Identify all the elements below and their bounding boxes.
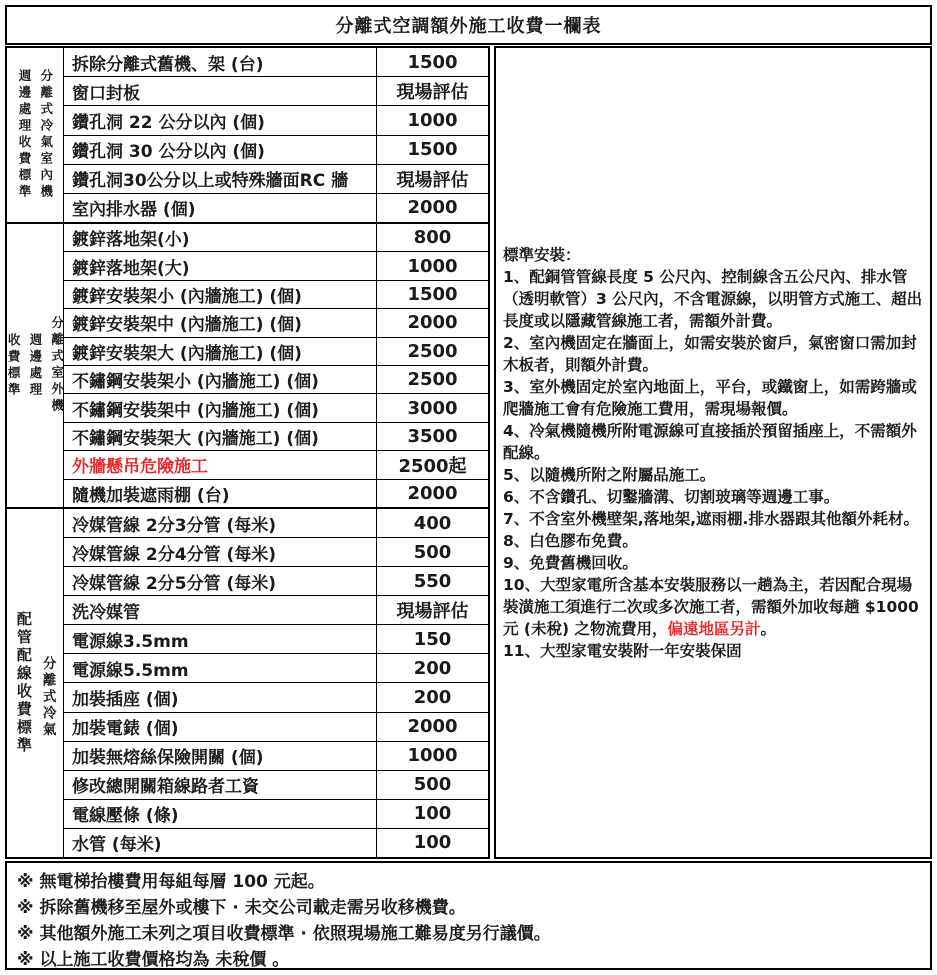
table-row: 洗冷媒管現場評估 <box>64 595 488 624</box>
table-row: 冷媒管線 2分4分管 (每米)500 <box>64 537 488 566</box>
item-label: 洗冷媒管 <box>64 596 377 624</box>
item-price: 2000 <box>377 194 488 222</box>
item-label: 不鏽鋼安裝架中 (內牆施工) (個) <box>64 394 377 421</box>
section-label-column: 分離式冷氣室內機 <box>39 69 53 201</box>
section-outdoor-unit: 收費標準週邊處理分離式室外機 鍍鋅落地架(小)800鍍鋅落地架(大)1000鍍鋅… <box>5 222 490 509</box>
table-row: 鑽孔洞 22 公分以內 (個)1000 <box>64 105 488 134</box>
item-price: 1500 <box>377 48 488 76</box>
item-price: 500 <box>377 538 488 566</box>
table-row: 鍍鋅落地架(大)1000 <box>64 251 488 279</box>
item-label: 電源線5.5mm <box>64 654 377 682</box>
item-price: 3500 <box>377 423 488 450</box>
section-label-column: 配管配線收費標準 <box>15 611 32 755</box>
item-label: 鍍鋅落地架(小) <box>64 224 377 251</box>
item-label: 冷媒管線 2分4分管 (每米) <box>64 538 377 566</box>
fee-sheet: 分離式空調額外施工收費一欄表 週邊處理收費標準分離式冷氣室內機 拆除分離式舊機、… <box>0 0 937 975</box>
item-price: 400 <box>377 509 488 537</box>
note-item: 8、白色膠布免費。 <box>503 530 926 552</box>
item-price: 2000 <box>377 480 488 507</box>
note-item: 10、大型家電所含基本安裝服務以一趟為主，若因配合現場裝潢施工須進行二次或多次施… <box>503 574 926 640</box>
item-price: 3000 <box>377 394 488 421</box>
item-price: 2500起 <box>377 451 488 478</box>
table-row: 室內排水器 (個)2000 <box>64 193 488 222</box>
table-row: 水管 (每米)100 <box>64 828 488 857</box>
table-row: 加裝插座 (個)200 <box>64 682 488 711</box>
table-row: 電源線5.5mm200 <box>64 653 488 682</box>
footnote: ※ 其他額外施工未列之項目收費標準 · 依照現場施工難易度另行議價。 <box>17 921 930 947</box>
item-label: 加裝無熔絲保險開關 (個) <box>64 742 377 770</box>
item-label: 電線壓條 (條) <box>64 800 377 828</box>
table-row: 冷媒管線 2分3分管 (每米)400 <box>64 509 488 537</box>
table-row: 鍍鋅安裝架大 (內牆施工) (個)2500 <box>64 337 488 365</box>
item-label: 室內排水器 (個) <box>64 194 377 222</box>
table-row: 鍍鋅安裝架中 (內牆施工) (個)2000 <box>64 308 488 336</box>
footnote: ※ 拆除舊機移至屋外或樓下 · 未交公司載走需另收移機費。 <box>17 895 930 921</box>
section-label-piping: 配管配線收費標準分離式冷氣 <box>7 509 64 857</box>
item-price: 2500 <box>377 366 488 393</box>
notes-heading: 標準安裝： <box>503 244 926 266</box>
item-label: 鍍鋅安裝架大 (內牆施工) (個) <box>64 338 377 365</box>
table-row: 不鏽鋼安裝架小 (內牆施工) (個)2500 <box>64 365 488 393</box>
table-row: 隨機加裝遮雨棚 (台)2000 <box>64 479 488 507</box>
table-row: 不鏽鋼安裝架中 (內牆施工) (個)3000 <box>64 393 488 421</box>
note-red-text: 偏遠地區另計 <box>667 620 760 638</box>
item-label: 不鏽鋼安裝架小 (內牆施工) (個) <box>64 366 377 393</box>
section-rows-indoor: 拆除分離式舊機、架 (台)1500窗口封板現場評估鑽孔洞 22 公分以內 (個)… <box>64 48 488 222</box>
section-label-column: 收費標準 <box>6 333 20 399</box>
item-price: 200 <box>377 654 488 682</box>
note-item: 6、不含鑽孔、切鑿牆溝、切割玻璃等週邊工事。 <box>503 486 926 508</box>
item-label: 冷媒管線 2分5分管 (每米) <box>64 567 377 595</box>
item-label: 鍍鋅安裝架小 (內牆施工) (個) <box>64 281 377 308</box>
item-label: 不鏽鋼安裝架大 (內牆施工) (個) <box>64 423 377 450</box>
item-label: 鑽孔洞30公分以上或特殊牆面RC 牆 <box>64 165 377 193</box>
note-item: 3、室外機固定於室內地面上，平台，或鐵窗上，如需跨牆或爬牆施工會有危險施工費用，… <box>503 376 926 420</box>
section-piping-wiring: 配管配線收費標準分離式冷氣 冷媒管線 2分3分管 (每米)400冷媒管線 2分4… <box>5 507 490 859</box>
item-price: 1500 <box>377 136 488 164</box>
table-row: 鑽孔洞 30 公分以內 (個)1500 <box>64 135 488 164</box>
item-price: 現場評估 <box>377 77 488 105</box>
fee-tables: 週邊處理收費標準分離式冷氣室內機 拆除分離式舊機、架 (台)1500窗口封板現場… <box>5 46 490 859</box>
table-row: 電源線3.5mm150 <box>64 624 488 653</box>
item-label: 電源線3.5mm <box>64 625 377 653</box>
item-price: 1000 <box>377 252 488 279</box>
item-price: 550 <box>377 567 488 595</box>
item-label: 加裝電錶 (個) <box>64 713 377 741</box>
standard-install-notes: 標準安裝： 1、配銅管管線長度 5 公尺內、控制線含五公尺內、排水管（透明軟管）… <box>494 46 932 859</box>
section-label-column: 分離式室外機 <box>50 316 64 415</box>
item-price: 1000 <box>377 106 488 134</box>
item-label: 水管 (每米) <box>64 829 377 857</box>
item-price: 500 <box>377 771 488 799</box>
note-item: 5、以隨機所附之附屬品施工。 <box>503 464 926 486</box>
table-row: 修改總開關箱線路者工資500 <box>64 770 488 799</box>
item-price: 150 <box>377 625 488 653</box>
section-indoor-unit: 週邊處理收費標準分離式冷氣室內機 拆除分離式舊機、架 (台)1500窗口封板現場… <box>5 46 490 224</box>
item-price: 100 <box>377 800 488 828</box>
sheet-body: 週邊處理收費標準分離式冷氣室內機 拆除分離式舊機、架 (台)1500窗口封板現場… <box>5 46 932 859</box>
item-price: 現場評估 <box>377 596 488 624</box>
item-label: 外牆懸吊危險施工 <box>64 451 377 478</box>
item-price: 200 <box>377 683 488 711</box>
table-row: 鍍鋅落地架(小)800 <box>64 224 488 251</box>
page-title: 分離式空調額外施工收費一欄表 <box>5 5 932 45</box>
item-price: 100 <box>377 829 488 857</box>
note-item: 7、不含室外機壁架,落地架,遮雨棚.排水器跟其他額外耗材。 <box>503 508 926 530</box>
table-row: 窗口封板現場評估 <box>64 76 488 105</box>
table-row: 拆除分離式舊機、架 (台)1500 <box>64 48 488 76</box>
footnote: ※ 以上施工收費價格均為 未稅價 。 <box>17 947 930 973</box>
item-label: 冷媒管線 2分3分管 (每米) <box>64 509 377 537</box>
footnote: ※ 無電梯抬樓費用每組每層 100 元起。 <box>17 869 930 895</box>
section-label-column: 週邊處理收費標準 <box>17 69 31 201</box>
table-row: 加裝電錶 (個)2000 <box>64 712 488 741</box>
footnotes: ※ 無電梯抬樓費用每組每層 100 元起。※ 拆除舊機移至屋外或樓下 · 未交公… <box>5 861 932 970</box>
table-row: 外牆懸吊危險施工2500起 <box>64 450 488 478</box>
section-label-column: 週邊處理 <box>28 333 42 399</box>
note-item: 1、配銅管管線長度 5 公尺內、控制線含五公尺內、排水管（透明軟管）3 公尺內，… <box>503 266 926 332</box>
item-label: 鍍鋅落地架(大) <box>64 252 377 279</box>
section-label-column: 分離式冷氣 <box>40 656 55 739</box>
table-row: 鍍鋅安裝架小 (內牆施工) (個)1500 <box>64 280 488 308</box>
item-label: 拆除分離式舊機、架 (台) <box>64 48 377 76</box>
table-row: 不鏽鋼安裝架大 (內牆施工) (個)3500 <box>64 422 488 450</box>
item-label: 鍍鋅安裝架中 (內牆施工) (個) <box>64 309 377 336</box>
note-item: 11、大型家電安裝附一年安裝保固 <box>503 640 926 662</box>
item-label: 窗口封板 <box>64 77 377 105</box>
item-price: 800 <box>377 224 488 251</box>
section-rows-outdoor: 鍍鋅落地架(小)800鍍鋅落地架(大)1000鍍鋅安裝架小 (內牆施工) (個)… <box>64 224 488 507</box>
section-label-indoor: 週邊處理收費標準分離式冷氣室內機 <box>7 48 64 222</box>
item-label: 鑽孔洞 22 公分以內 (個) <box>64 106 377 134</box>
section-rows-piping: 冷媒管線 2分3分管 (每米)400冷媒管線 2分4分管 (每米)500冷媒管線… <box>64 509 488 857</box>
item-price: 2000 <box>377 309 488 336</box>
item-label: 修改總開關箱線路者工資 <box>64 771 377 799</box>
table-row: 電線壓條 (條)100 <box>64 799 488 828</box>
note-item: 2、室內機固定在牆面上，如需安裝於窗戶，氣密窗口需加封木板者，則額外計費。 <box>503 332 926 376</box>
table-row: 加裝無熔絲保險開關 (個)1000 <box>64 741 488 770</box>
notes-list: 1、配銅管管線長度 5 公尺內、控制線含五公尺內、排水管（透明軟管）3 公尺內，… <box>503 266 926 662</box>
item-label: 加裝插座 (個) <box>64 683 377 711</box>
item-price: 2500 <box>377 338 488 365</box>
note-item: 9、免費舊機回收。 <box>503 552 926 574</box>
note-item: 4、冷氣機隨機所附電源線可直接插於預留插座上，不需額外配線。 <box>503 420 926 464</box>
item-label: 隨機加裝遮雨棚 (台) <box>64 480 377 507</box>
item-price: 2000 <box>377 713 488 741</box>
section-label-outdoor: 收費標準週邊處理分離式室外機 <box>7 224 64 507</box>
table-row: 鑽孔洞30公分以上或特殊牆面RC 牆現場評估 <box>64 164 488 193</box>
table-row: 冷媒管線 2分5分管 (每米)550 <box>64 566 488 595</box>
item-price: 1000 <box>377 742 488 770</box>
item-price: 現場評估 <box>377 165 488 193</box>
item-label: 鑽孔洞 30 公分以內 (個) <box>64 136 377 164</box>
item-price: 1500 <box>377 281 488 308</box>
